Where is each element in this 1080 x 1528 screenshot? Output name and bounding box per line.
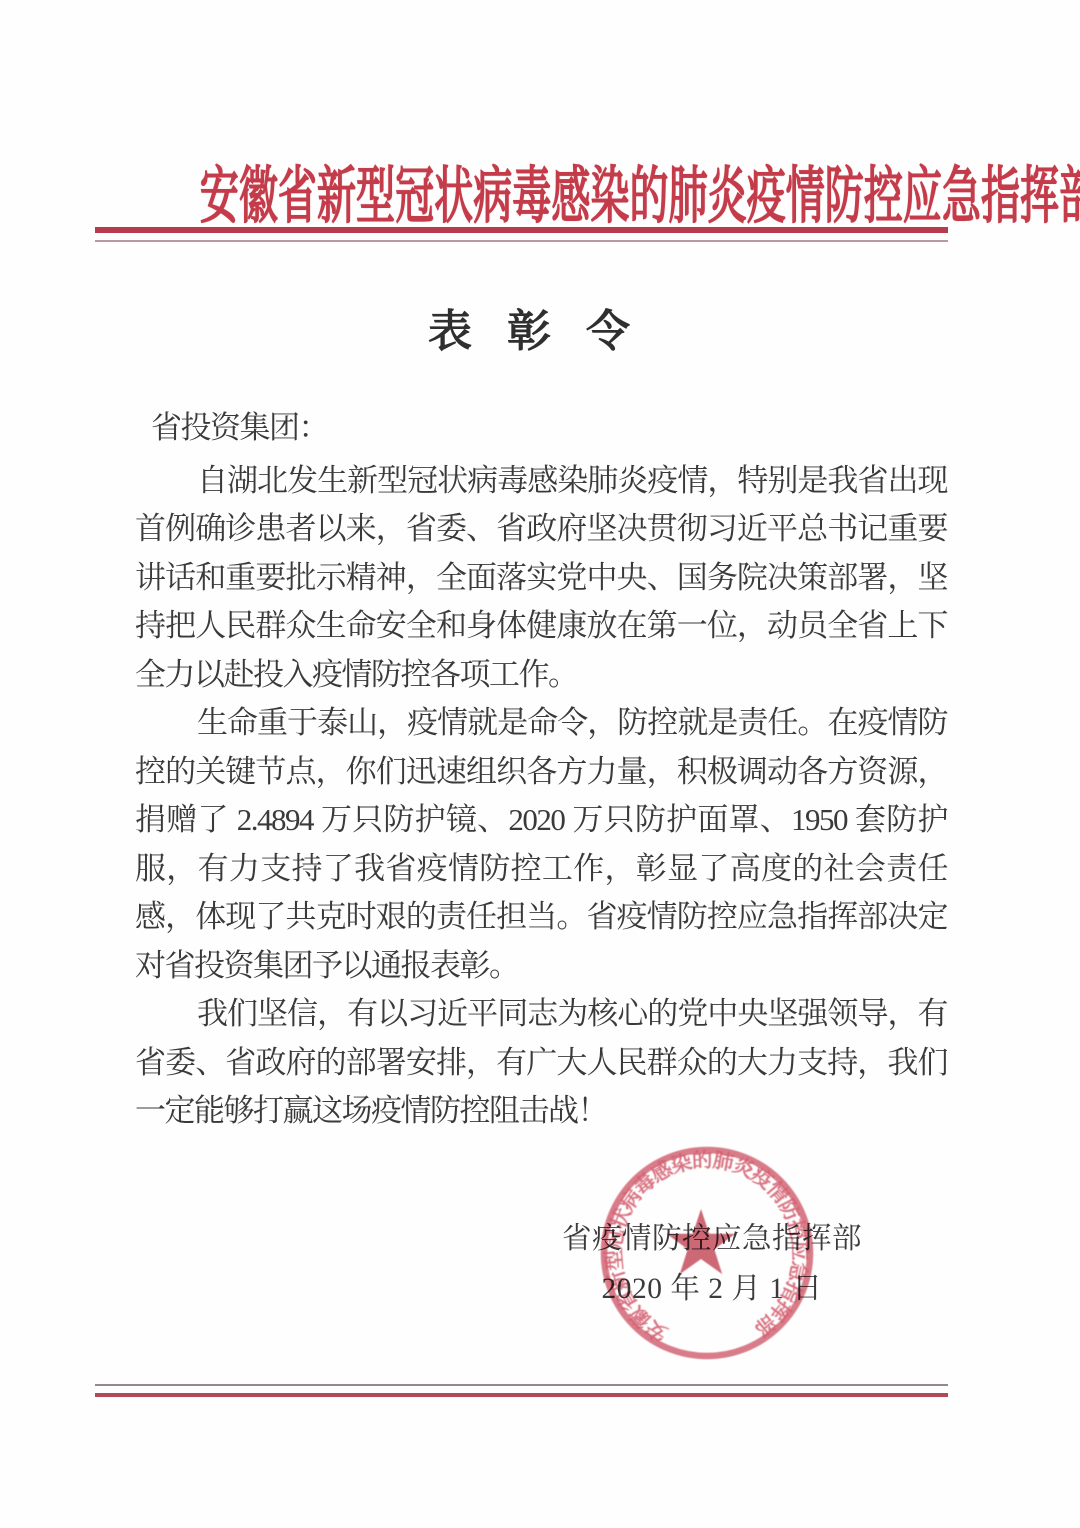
footer-divider-red	[95, 1393, 948, 1397]
document-title: 表彰令	[428, 295, 665, 359]
letterhead-divider-thick	[95, 227, 948, 233]
salutation: 省投资集团：	[135, 404, 947, 453]
letterhead-org-title: 安徽省新型冠状病毒感染的肺炎疫情防控应急指挥部	[200, 146, 880, 235]
body-paragraph-3: 我们坚信，有以习近平同志为核心的党中央坚强领导，有省委、省政府的部署安排，有广大…	[135, 990, 947, 1136]
body-paragraph-2: 生命重于泰山，疫情就是命令，防控就是责任。在疫情防控的关键节点，你们迅速组织各方…	[135, 699, 947, 990]
letterhead-divider-thin	[95, 240, 948, 242]
document-page: 安徽省新型冠状病毒感染的肺炎疫情防控应急指挥部 表彰令 省投资集团： 自湖北发生…	[0, 0, 1080, 1528]
footer-divider-thin	[95, 1384, 948, 1386]
official-seal-stamp: 安徽省新型冠状病毒感染的肺炎疫情防控应急指挥部	[596, 1142, 818, 1364]
document-body: 省投资集团： 自湖北发生新型冠状病毒感染肺炎疫情，特别是我省出现首例确诊患者以来…	[135, 404, 947, 1136]
body-paragraph-1: 自湖北发生新型冠状病毒感染肺炎疫情，特别是我省出现首例确诊患者以来，省委、省政府…	[135, 457, 947, 700]
seal-star-icon	[667, 1209, 735, 1274]
